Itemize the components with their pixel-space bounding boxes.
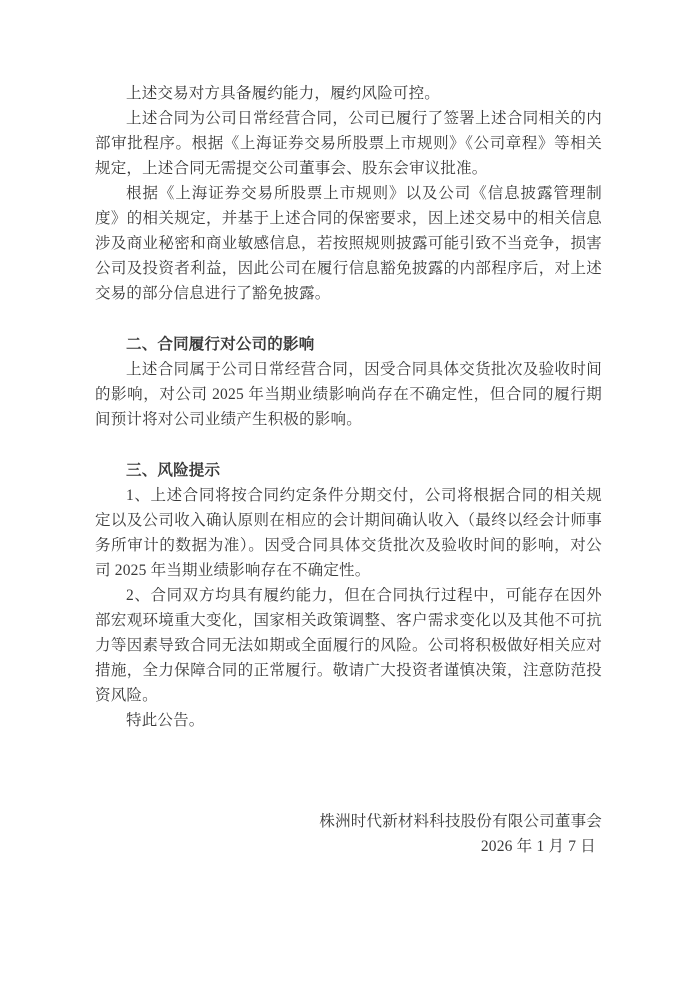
signature-block: 株洲时代新材料科技股份有限公司董事会 2026 年 1 月 7 日	[95, 809, 602, 859]
section-heading-risk-notice: 三、风险提示	[95, 458, 602, 483]
paragraph-risk-1: 1、上述合同将按合同约定条件分期交付，公司将根据合同的相关规定以及公司收入确认原…	[95, 483, 602, 583]
paragraph-internal-approval: 上述合同为公司日常经营合同，公司已履行了签署上述合同相关的内部审批程序。根据《上…	[95, 106, 602, 181]
paragraph-counterparty-ability: 上述交易对方具备履约能力，履约风险可控。	[95, 81, 602, 106]
paragraph-risk-2: 2、合同双方均具有履约能力，但在合同执行过程中，可能存在因外部宏观环境重大变化，…	[95, 583, 602, 708]
document-body: 上述交易对方具备履约能力，履约风险可控。 上述合同为公司日常经营合同，公司已履行…	[95, 81, 602, 859]
section-heading-contract-impact: 二、合同履行对公司的影响	[95, 332, 602, 357]
paragraph-closing-statement: 特此公告。	[95, 708, 602, 733]
signature-company-name: 株洲时代新材料科技股份有限公司董事会	[95, 809, 602, 834]
paragraph-contract-impact: 上述合同属于公司日常经营合同，因受合同具体交货批次及验收时间的影响，对公司 20…	[95, 357, 602, 432]
paragraph-disclosure-exemption: 根据《上海证券交易所股票上市规则》以及公司《信息披露管理制度》的相关规定，并基于…	[95, 181, 602, 306]
announcement-page: 上述交易对方具备履约能力，履约风险可控。 上述合同为公司日常经营合同，公司已履行…	[0, 0, 700, 989]
signature-date: 2026 年 1 月 7 日	[95, 834, 602, 859]
